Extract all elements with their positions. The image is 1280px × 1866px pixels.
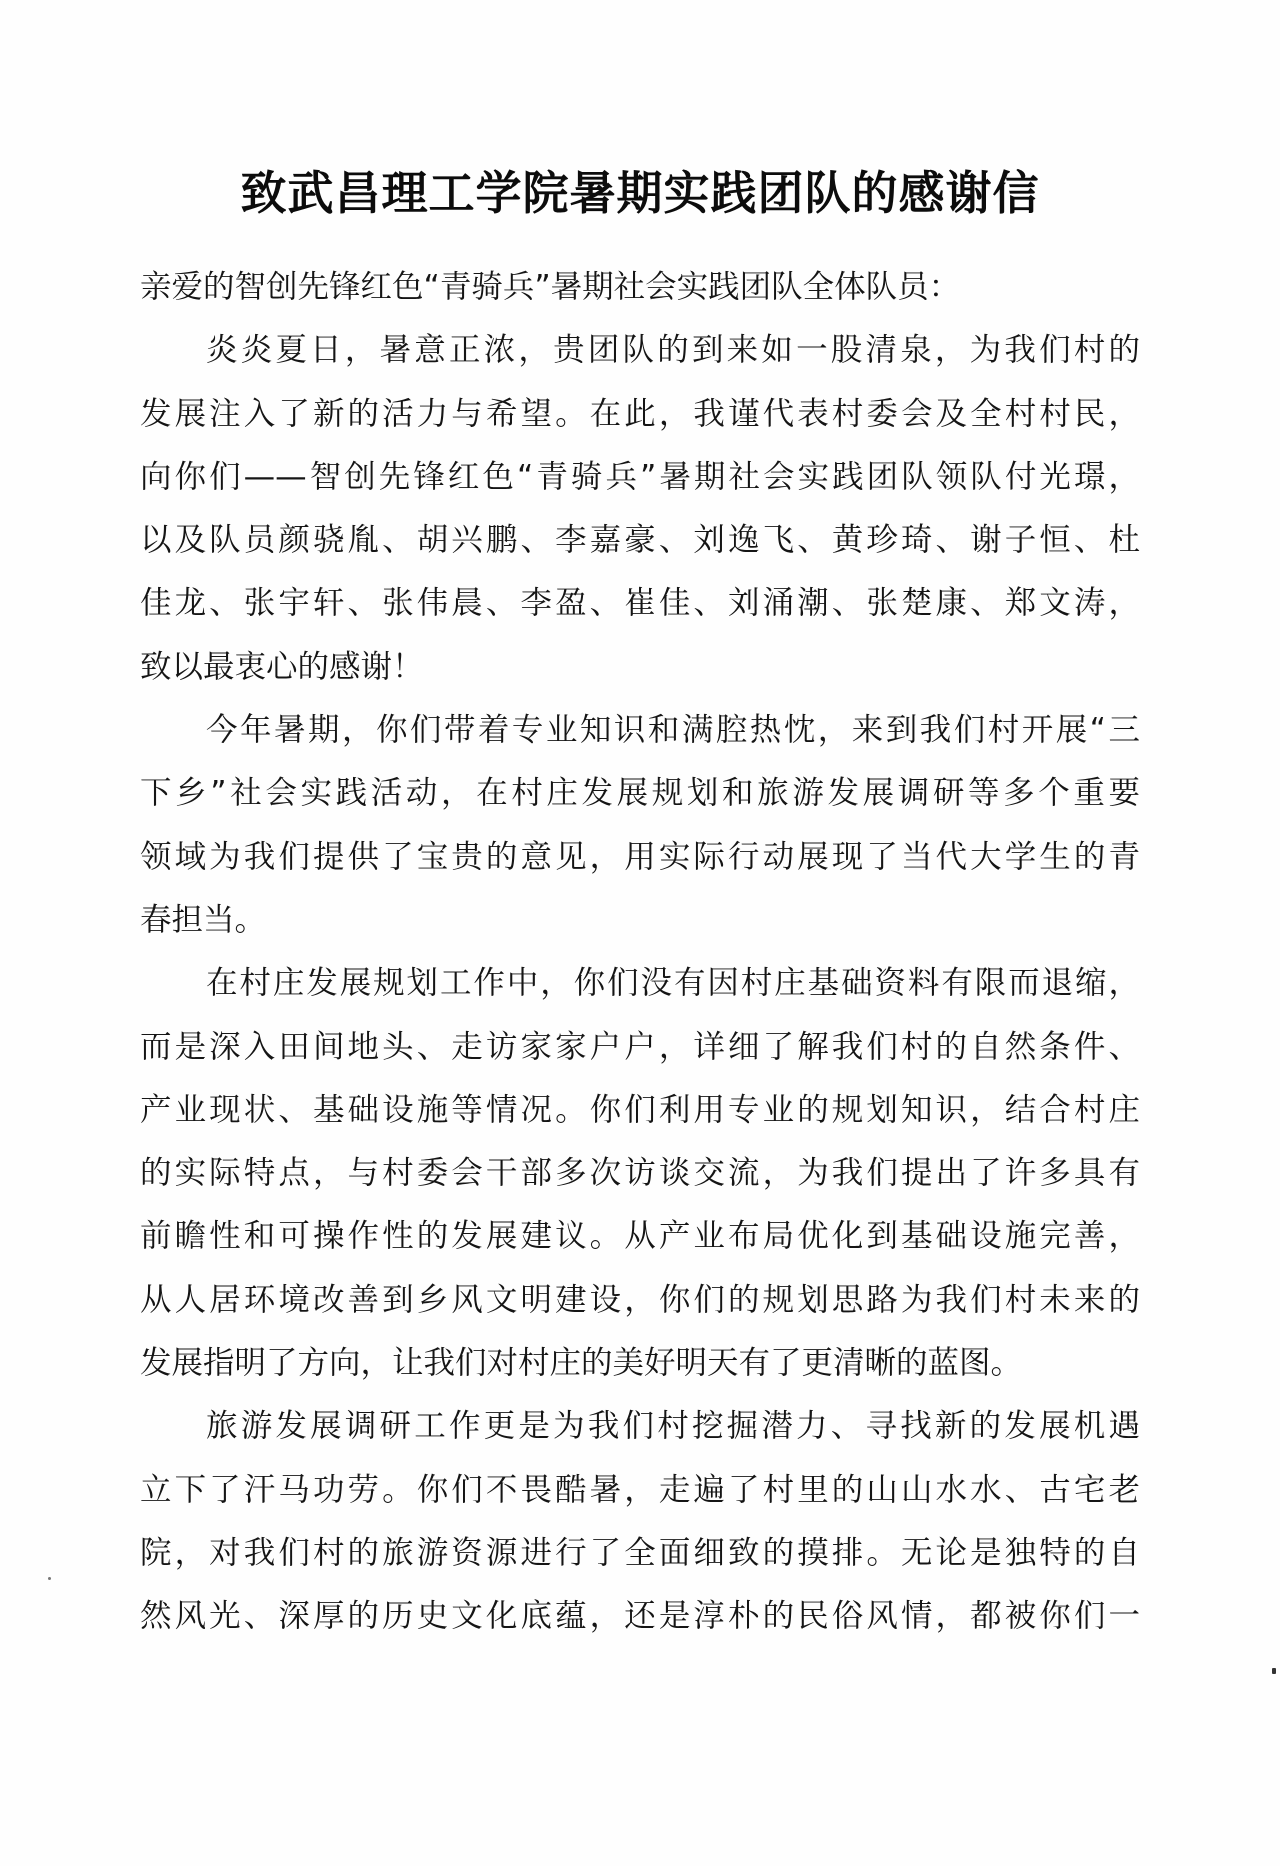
letter-body: 亲爱的智创先锋红色“青骑兵”暑期社会实践团队全体队员： 炎炎夏日，暑意正浓，贵团… — [140, 256, 1140, 1649]
paragraph-3-line-7: 发展指明了方向，让我们对村庄的美好明天有了更清晰的蓝图。 — [140, 1332, 1140, 1395]
paragraph-3-line-1: 在村庄发展规划工作中，你们没有因村庄基础资料有限而退缩， — [140, 952, 1140, 1015]
paragraph-4-line-3: 院，对我们村的旅游资源进行了全面细致的摸排。无论是独特的自 — [140, 1522, 1140, 1585]
paragraph-2-line-1: 今年暑期，你们带着专业知识和满腔热忱，来到我们村开展“三 — [140, 699, 1140, 762]
letter-title: 致武昌理工学院暑期实践团队的感谢信 — [0, 163, 1280, 223]
paragraph-3-line-5: 前瞻性和可操作性的发展建议。从产业布局优化到基础设施完善， — [140, 1205, 1140, 1268]
paragraph-4-line-4: 然风光、深厚的历史文化底蕴，还是淳朴的民俗风情，都被你们一 — [140, 1585, 1140, 1648]
scan-speck — [1272, 1668, 1276, 1674]
paragraph-3-line-2: 而是深入田间地头、走访家家户户，详细了解我们村的自然条件、 — [140, 1016, 1140, 1079]
paragraph-1-line-5: 佳龙、张宇轩、张伟晨、李盈、崔佳、刘涌潮、张楚康、郑文涛， — [140, 572, 1140, 635]
paragraph-2-line-2: 下乡”社会实践活动，在村庄发展规划和旅游发展调研等多个重要 — [140, 762, 1140, 825]
scanned-letter-page: 致武昌理工学院暑期实践团队的感谢信 亲爱的智创先锋红色“青骑兵”暑期社会实践团队… — [0, 0, 1280, 1866]
scan-speck — [48, 1577, 51, 1580]
paragraph-2-line-3: 领域为我们提供了宝贵的意见，用实际行动展现了当代大学生的青 — [140, 826, 1140, 889]
paragraph-2-line-4: 春担当。 — [140, 889, 1140, 952]
paragraph-1-line-3: 向你们——智创先锋红色“青骑兵”暑期社会实践团队领队付光璟， — [140, 446, 1140, 509]
paragraph-1-line-6: 致以最衷心的感谢！ — [140, 636, 1140, 699]
paragraph-3-line-4: 的实际特点，与村委会干部多次访谈交流，为我们提出了许多具有 — [140, 1142, 1140, 1205]
paragraph-1-line-2: 发展注入了新的活力与希望。在此，我谨代表村委会及全村村民， — [140, 383, 1140, 446]
paragraph-1-line-4: 以及队员颜骁胤、胡兴鹏、李嘉豪、刘逸飞、黄珍琦、谢子恒、杜 — [140, 509, 1140, 572]
paragraph-4-line-2: 立下了汗马功劳。你们不畏酷暑，走遍了村里的山山水水、古宅老 — [140, 1459, 1140, 1522]
paragraph-4-line-1: 旅游发展调研工作更是为我们村挖掘潜力、寻找新的发展机遇 — [140, 1395, 1140, 1458]
salutation: 亲爱的智创先锋红色“青骑兵”暑期社会实践团队全体队员： — [140, 256, 1140, 319]
paragraph-3-line-6: 从人居环境改善到乡风文明建设，你们的规划思路为我们村未来的 — [140, 1269, 1140, 1332]
paragraph-3-line-3: 产业现状、基础设施等情况。你们利用专业的规划知识，结合村庄 — [140, 1079, 1140, 1142]
paragraph-1-line-1: 炎炎夏日，暑意正浓，贵团队的到来如一股清泉，为我们村的 — [140, 319, 1140, 382]
